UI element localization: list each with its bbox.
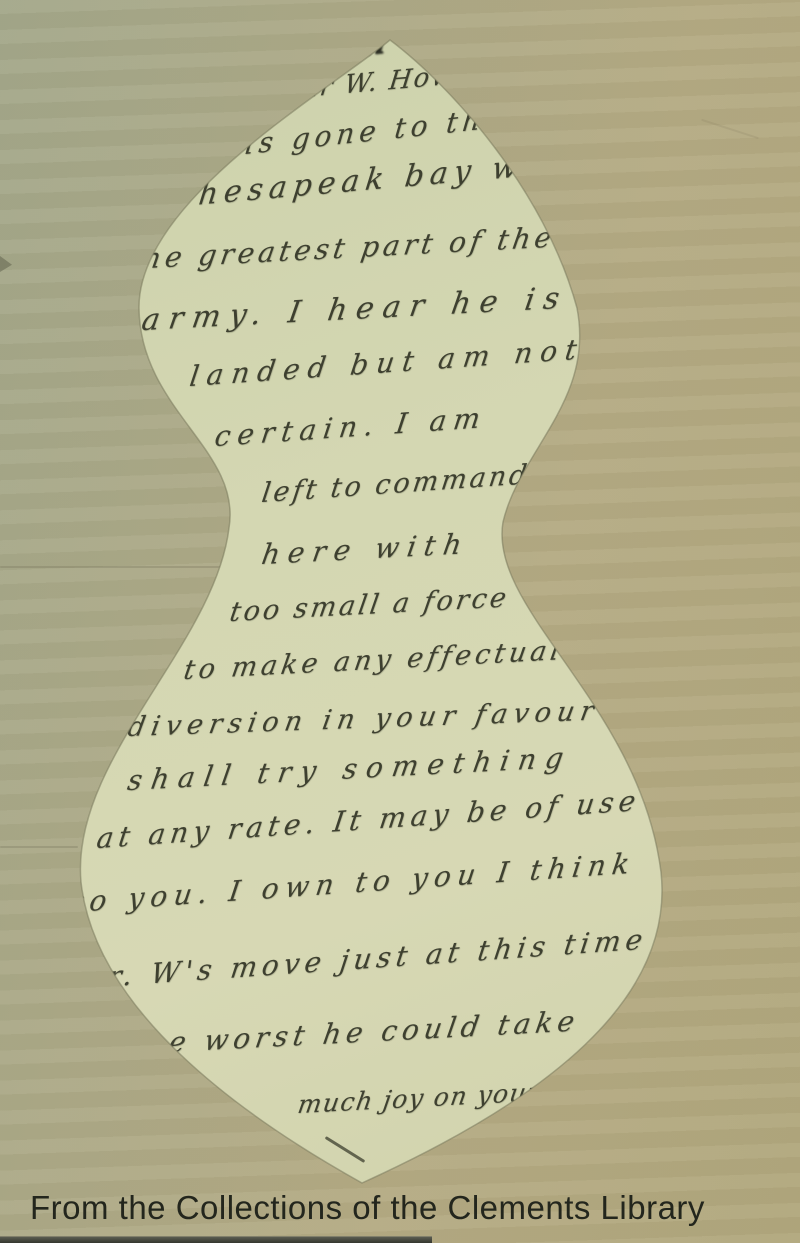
letter-line: I shall try something (87, 741, 574, 800)
pen-stroke (325, 1136, 366, 1163)
letter-line: landed but am not (188, 332, 587, 393)
letter-line: is gone to the (243, 100, 508, 161)
letter-line: diversion in your favour (125, 695, 602, 743)
background-showthrough-line (0, 846, 78, 848)
letter-line: left to command (260, 459, 532, 509)
letter-line: Sr. W's move just at this time (82, 922, 650, 995)
ink-smudge: 8th (315, 23, 393, 69)
letter-photograph: 8th Sir W. Howeis gone to theChesapeak b… (0, 0, 800, 1243)
background-mark (0, 256, 12, 272)
credit-caption: From the Collections of the Clements Lib… (30, 1189, 790, 1227)
letter-line: here with (259, 527, 472, 571)
hourglass-mask-cutout: 8th Sir W. Howeis gone to theChesapeak b… (0, 0, 800, 1243)
letter-line: to you. I own to you I think (70, 846, 638, 919)
letter-line: to make any effectual (182, 635, 566, 686)
letter-line: at any rate. It may be of use (95, 784, 643, 855)
letter-line: army. I hear he is (139, 281, 571, 339)
letter-line: much joy on your success (296, 1071, 661, 1119)
letter-line: the greatest part of the (125, 220, 558, 276)
letter-line: Chesapeak bay with (168, 144, 585, 216)
letter-line: Sir W. Howe (288, 59, 475, 105)
letter-line: certain. I am (213, 401, 490, 453)
bottom-edge-bar (0, 1236, 432, 1243)
background-showthrough-line (701, 119, 759, 139)
background-showthrough-line (0, 566, 225, 568)
letter-line: the worst he could take (127, 1004, 581, 1061)
letter-line: too small a force (228, 582, 512, 628)
